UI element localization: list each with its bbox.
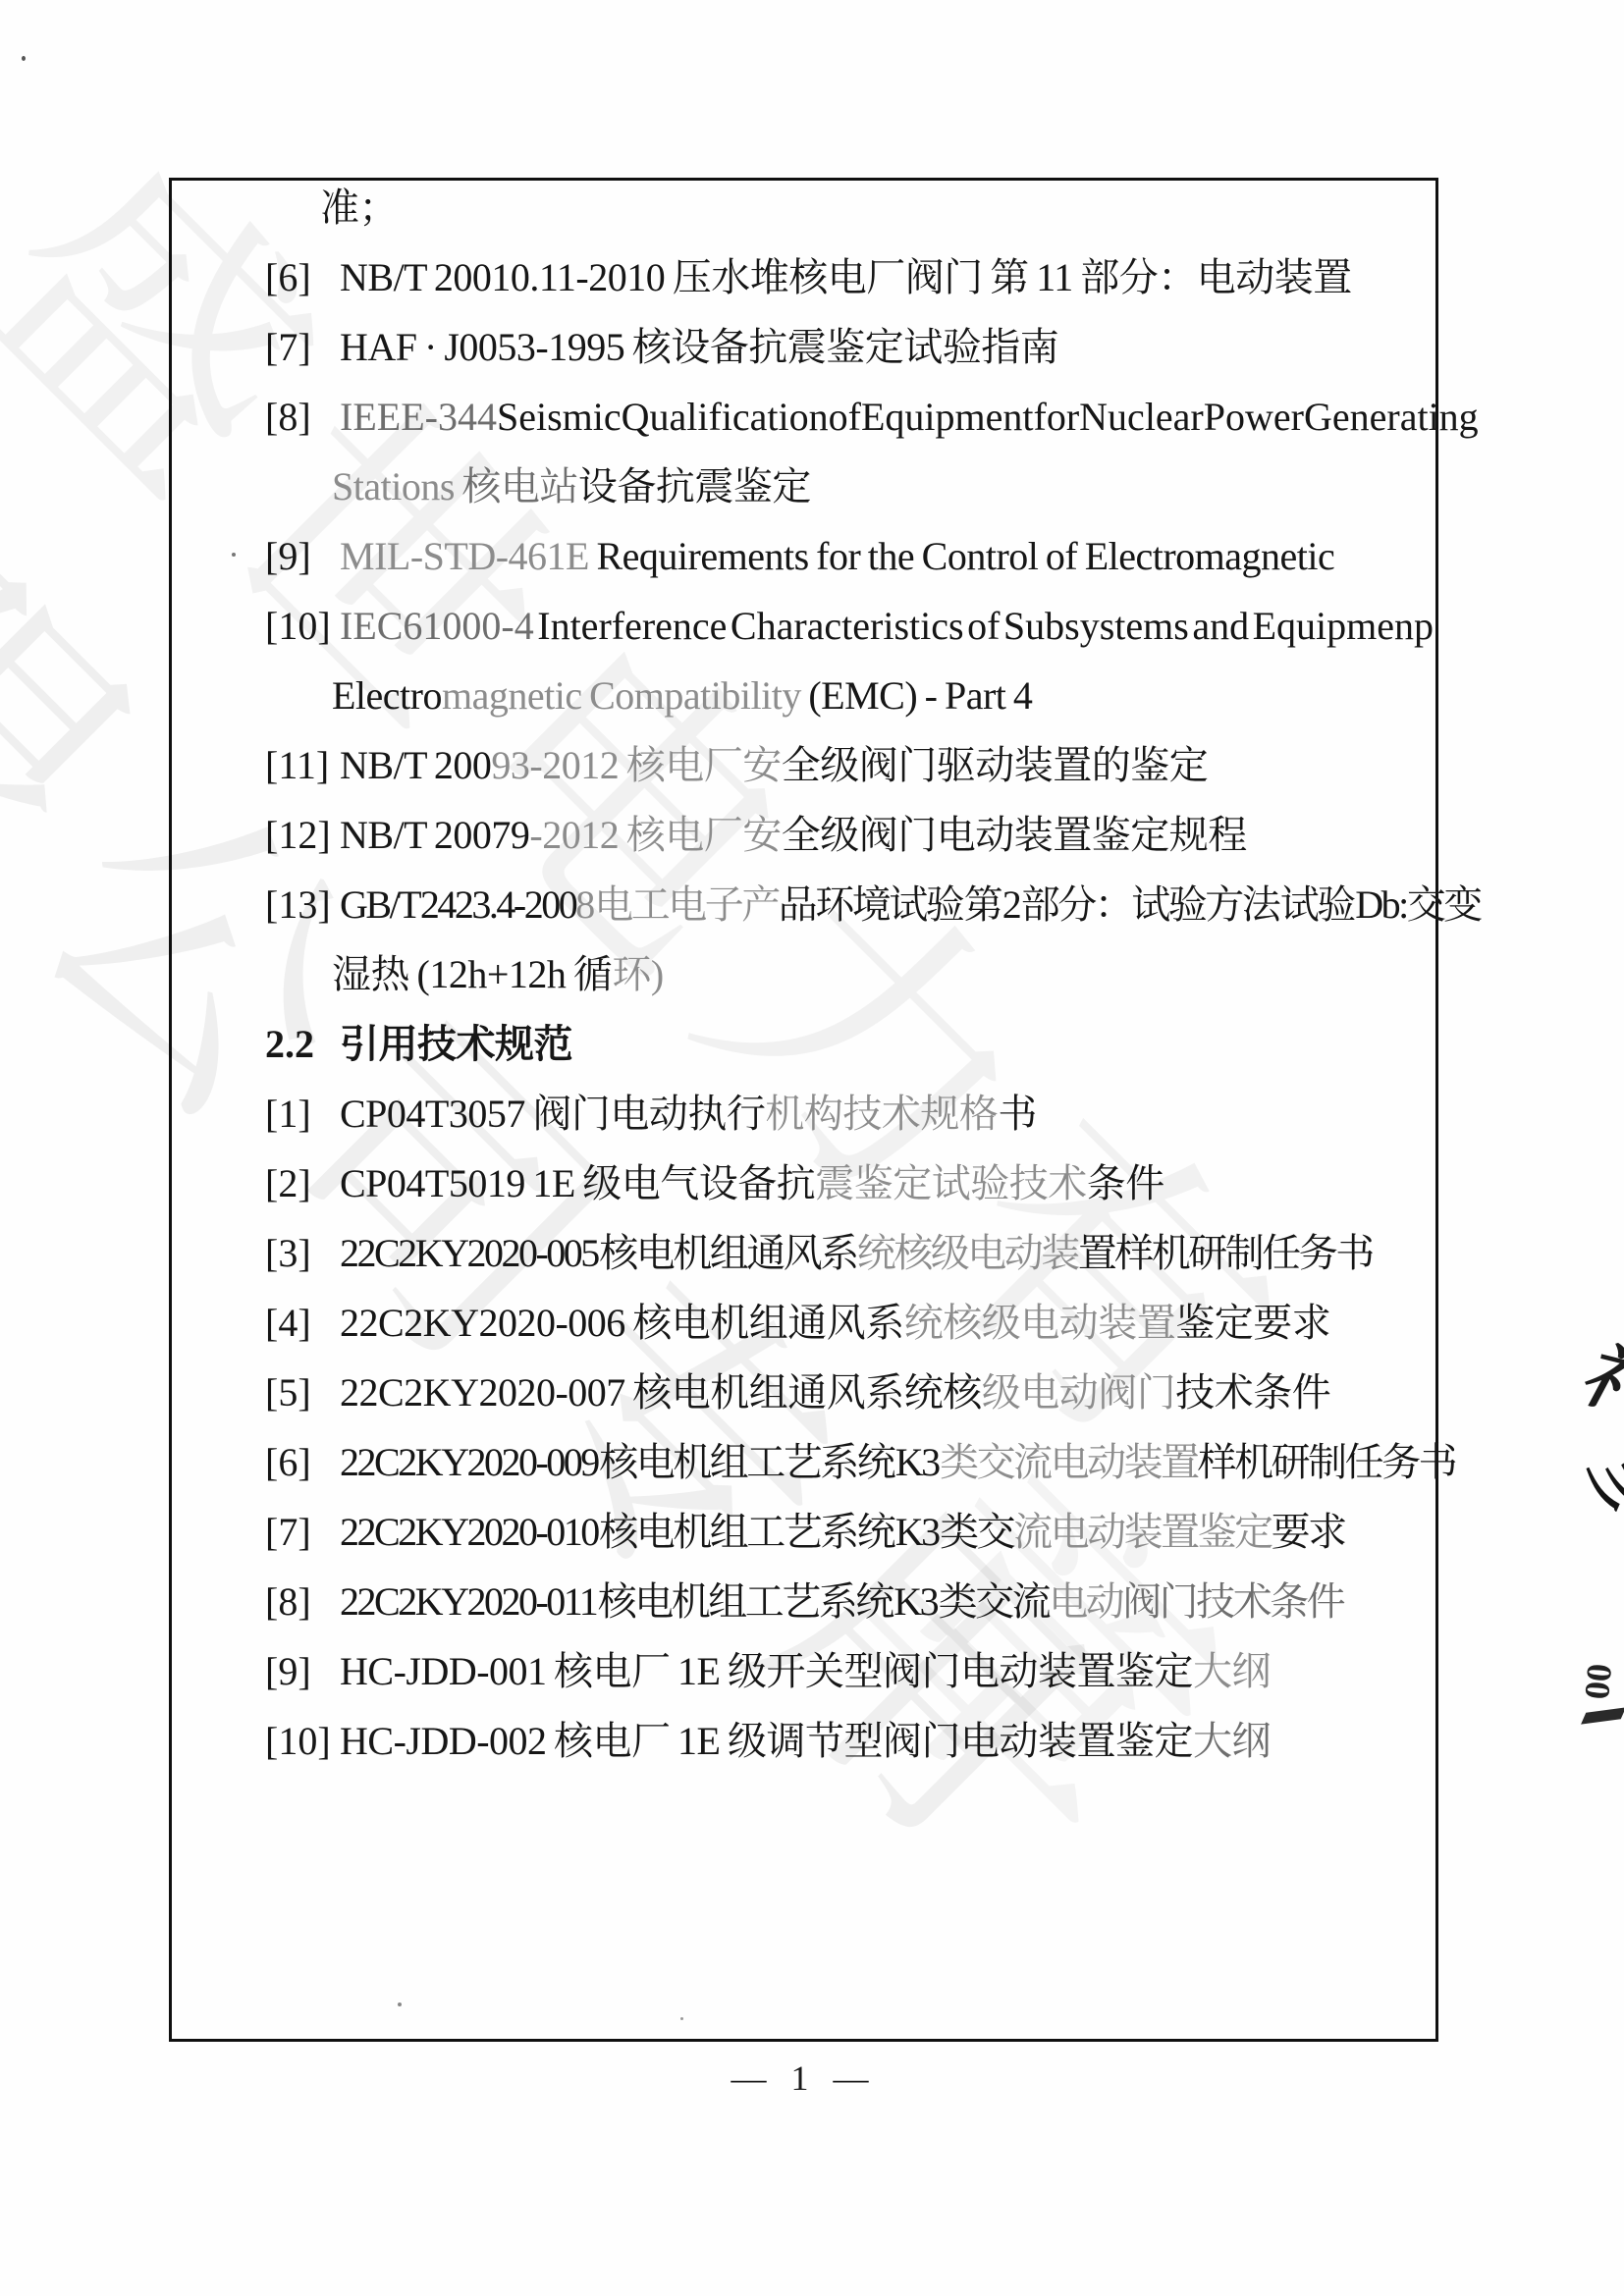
ref-number: [6]: [265, 1427, 311, 1497]
ref-text: Stations 核电站设备抗震鉴定: [332, 464, 811, 508]
ref-std-9: [9]MIL-STD-461E Requirements for the Con…: [265, 521, 1434, 591]
ref-text: 湿热 (12h+12h 循环): [332, 952, 664, 996]
ref-text: 22C2KY2020-010 核电机组工艺系统 K3 类交流电动装置鉴定要求: [340, 1510, 1345, 1554]
ref-std-11: [11]NB/T 20093-2012 核电厂安全级阀门驱动装置的鉴定: [265, 730, 1434, 800]
ref-text: 准；: [320, 186, 398, 230]
page-number: — 1 —: [169, 2057, 1438, 2099]
ref-number: [10]: [265, 1706, 331, 1776]
section-heading: 2.2引用技术规范: [265, 1009, 1434, 1079]
ref-number: [8]: [265, 1567, 311, 1636]
ref-text: HAF · J0053-1995 核设备抗震鉴定试验指南: [340, 325, 1058, 369]
margin-stamp-digits: 00: [1577, 1662, 1621, 1701]
ref-std-12: [12]NB/T 20079-2012 核电厂安全级阀门电动装置鉴定规程: [265, 800, 1434, 870]
ref-std-13: [13]GB/T 2423.4-2008 电工电子产品环境试验 第 2 部分：试…: [265, 870, 1434, 939]
ref-std-13-cont: 湿热 (12h+12h 循环): [265, 939, 1434, 1009]
ref-std-7: [7]HAF · J0053-1995 核设备抗震鉴定试验指南: [265, 312, 1434, 382]
ref-text: CP04T3057 阀门电动执行机构技术规格书: [340, 1092, 1037, 1136]
ref-spec-5: [5]22C2KY2020-007 核电机组通风系统核级电动阀门技术条件: [265, 1358, 1434, 1427]
ref-number: [5]: [265, 1358, 311, 1427]
scanned-document-page: { "document": { "page_number": "— 1 —", …: [0, 0, 1624, 2296]
ref-text: GB/T 2423.4-2008 电工电子产品环境试验 第 2 部分：试验方法 …: [340, 882, 1481, 927]
ref-std-8-cont: Stations 核电站设备抗震鉴定: [265, 452, 1434, 521]
ref-spec-6: [6]22C2KY2020-009 核电机组工艺系统 K3 类交流电动装置样机研…: [265, 1427, 1434, 1497]
ref-spec-2: [2]CP04T5019 1E 级电气设备抗震鉴定试验技术条件: [265, 1148, 1434, 1218]
ref-number: [3]: [265, 1218, 311, 1288]
ref-number: [1]: [265, 1079, 311, 1148]
ref-spec-1: [1]CP04T3057 阀门电动执行机构技术规格书: [265, 1079, 1434, 1148]
ref-std-8: [8]IEEE-344SeismicQualificationofEquipme…: [265, 382, 1434, 452]
ref-std-10: [10]IEC61000-4InterferenceCharacteristic…: [265, 591, 1434, 661]
ref-text: 22C2KY2020-011 核电机组工艺系统 K3 类交流电动阀门技术条件: [340, 1579, 1343, 1624]
ref-text: NB/T 20079-2012 核电厂安全级阀门电动装置鉴定规程: [340, 813, 1247, 857]
ref-number: [9]: [265, 1636, 311, 1706]
ref-number: [2]: [265, 1148, 311, 1218]
ref-spec-8: [8]22C2KY2020-011 核电机组工艺系统 K3 类交流电动阀门技术条…: [265, 1567, 1434, 1636]
ref-text: IEC61000-4InterferenceCharacteristicsofS…: [340, 591, 1434, 661]
ref-text: HC-JDD-002 核电厂 1E 级调节型阀门电动装置鉴定大纲: [340, 1719, 1271, 1763]
ref-number: [12]: [265, 800, 331, 870]
margin-handwriting-stroke: 礻: [1571, 1316, 1624, 1435]
scan-speck: [398, 2002, 402, 2006]
ref-number: [10]: [265, 591, 331, 661]
ref-text: MIL-STD-461E Requirements for the Contro…: [340, 534, 1334, 578]
ref-spec-3: [3]22C2KY2020-005 核电机组通风系统核级电动装置样机研制任务书: [265, 1218, 1434, 1288]
carryover-text: 准；: [265, 173, 1434, 242]
ref-number: 2.2: [265, 1009, 314, 1079]
ref-spec-7: [7]22C2KY2020-010 核电机组工艺系统 K3 类交流电动装置鉴定要…: [265, 1497, 1434, 1567]
ref-text: 22C2KY2020-009 核电机组工艺系统 K3 类交流电动装置样机研制任务…: [340, 1440, 1455, 1484]
scan-speck: [232, 553, 236, 557]
reference-list: 准；[6]NB/T 20010.11-2010 压水堆核电厂阀门 第 11 部分…: [265, 173, 1434, 1776]
ref-text: NB/T 20010.11-2010 压水堆核电厂阀门 第 11 部分：电动装置: [340, 255, 1352, 299]
margin-ink-smudge: [1581, 1707, 1624, 1724]
ref-number: [11]: [265, 730, 329, 800]
ref-text: Electromagnetic Compatibility (EMC) - Pa…: [332, 673, 1032, 718]
scan-speck: [680, 2017, 683, 2020]
ref-std-6: [6]NB/T 20010.11-2010 压水堆核电厂阀门 第 11 部分：电…: [265, 242, 1434, 312]
margin-ink-scribble: 彡: [1573, 1447, 1624, 1522]
ref-number: [7]: [265, 1497, 311, 1567]
ref-text: IEEE-344SeismicQualificationofEquipmentf…: [340, 382, 1434, 452]
ref-number: [7]: [265, 312, 311, 382]
ref-spec-10: [10]HC-JDD-002 核电厂 1E 级调节型阀门电动装置鉴定大纲: [265, 1706, 1434, 1776]
ref-number: [4]: [265, 1288, 311, 1358]
ref-text: 22C2KY2020-007 核电机组通风系统核级电动阀门技术条件: [340, 1370, 1330, 1415]
ref-number: [13]: [265, 870, 331, 939]
ref-spec-9: [9]HC-JDD-001 核电厂 1E 级开关型阀门电动装置鉴定大纲: [265, 1636, 1434, 1706]
ref-number: [9]: [265, 521, 311, 591]
ref-std-10-cont: Electromagnetic Compatibility (EMC) - Pa…: [265, 661, 1434, 730]
ref-text: HC-JDD-001 核电厂 1E 级开关型阀门电动装置鉴定大纲: [340, 1649, 1271, 1693]
ref-text: NB/T 20093-2012 核电厂安全级阀门驱动装置的鉴定: [340, 743, 1208, 787]
ref-number: [8]: [265, 382, 311, 452]
scan-speck: [22, 56, 26, 61]
ref-text: 22C2KY2020-006 核电机组通风系统核级电动装置鉴定要求: [340, 1301, 1330, 1345]
ref-spec-4: [4]22C2KY2020-006 核电机组通风系统核级电动装置鉴定要求: [265, 1288, 1434, 1358]
ref-text: 引用技术规范: [340, 1022, 572, 1066]
ref-text: 22C2KY2020-005 核电机组通风系统核级电动装置样机研制任务书: [340, 1231, 1373, 1275]
ref-number: [6]: [265, 242, 311, 312]
ref-text: CP04T5019 1E 级电气设备抗震鉴定试验技术条件: [340, 1161, 1164, 1205]
